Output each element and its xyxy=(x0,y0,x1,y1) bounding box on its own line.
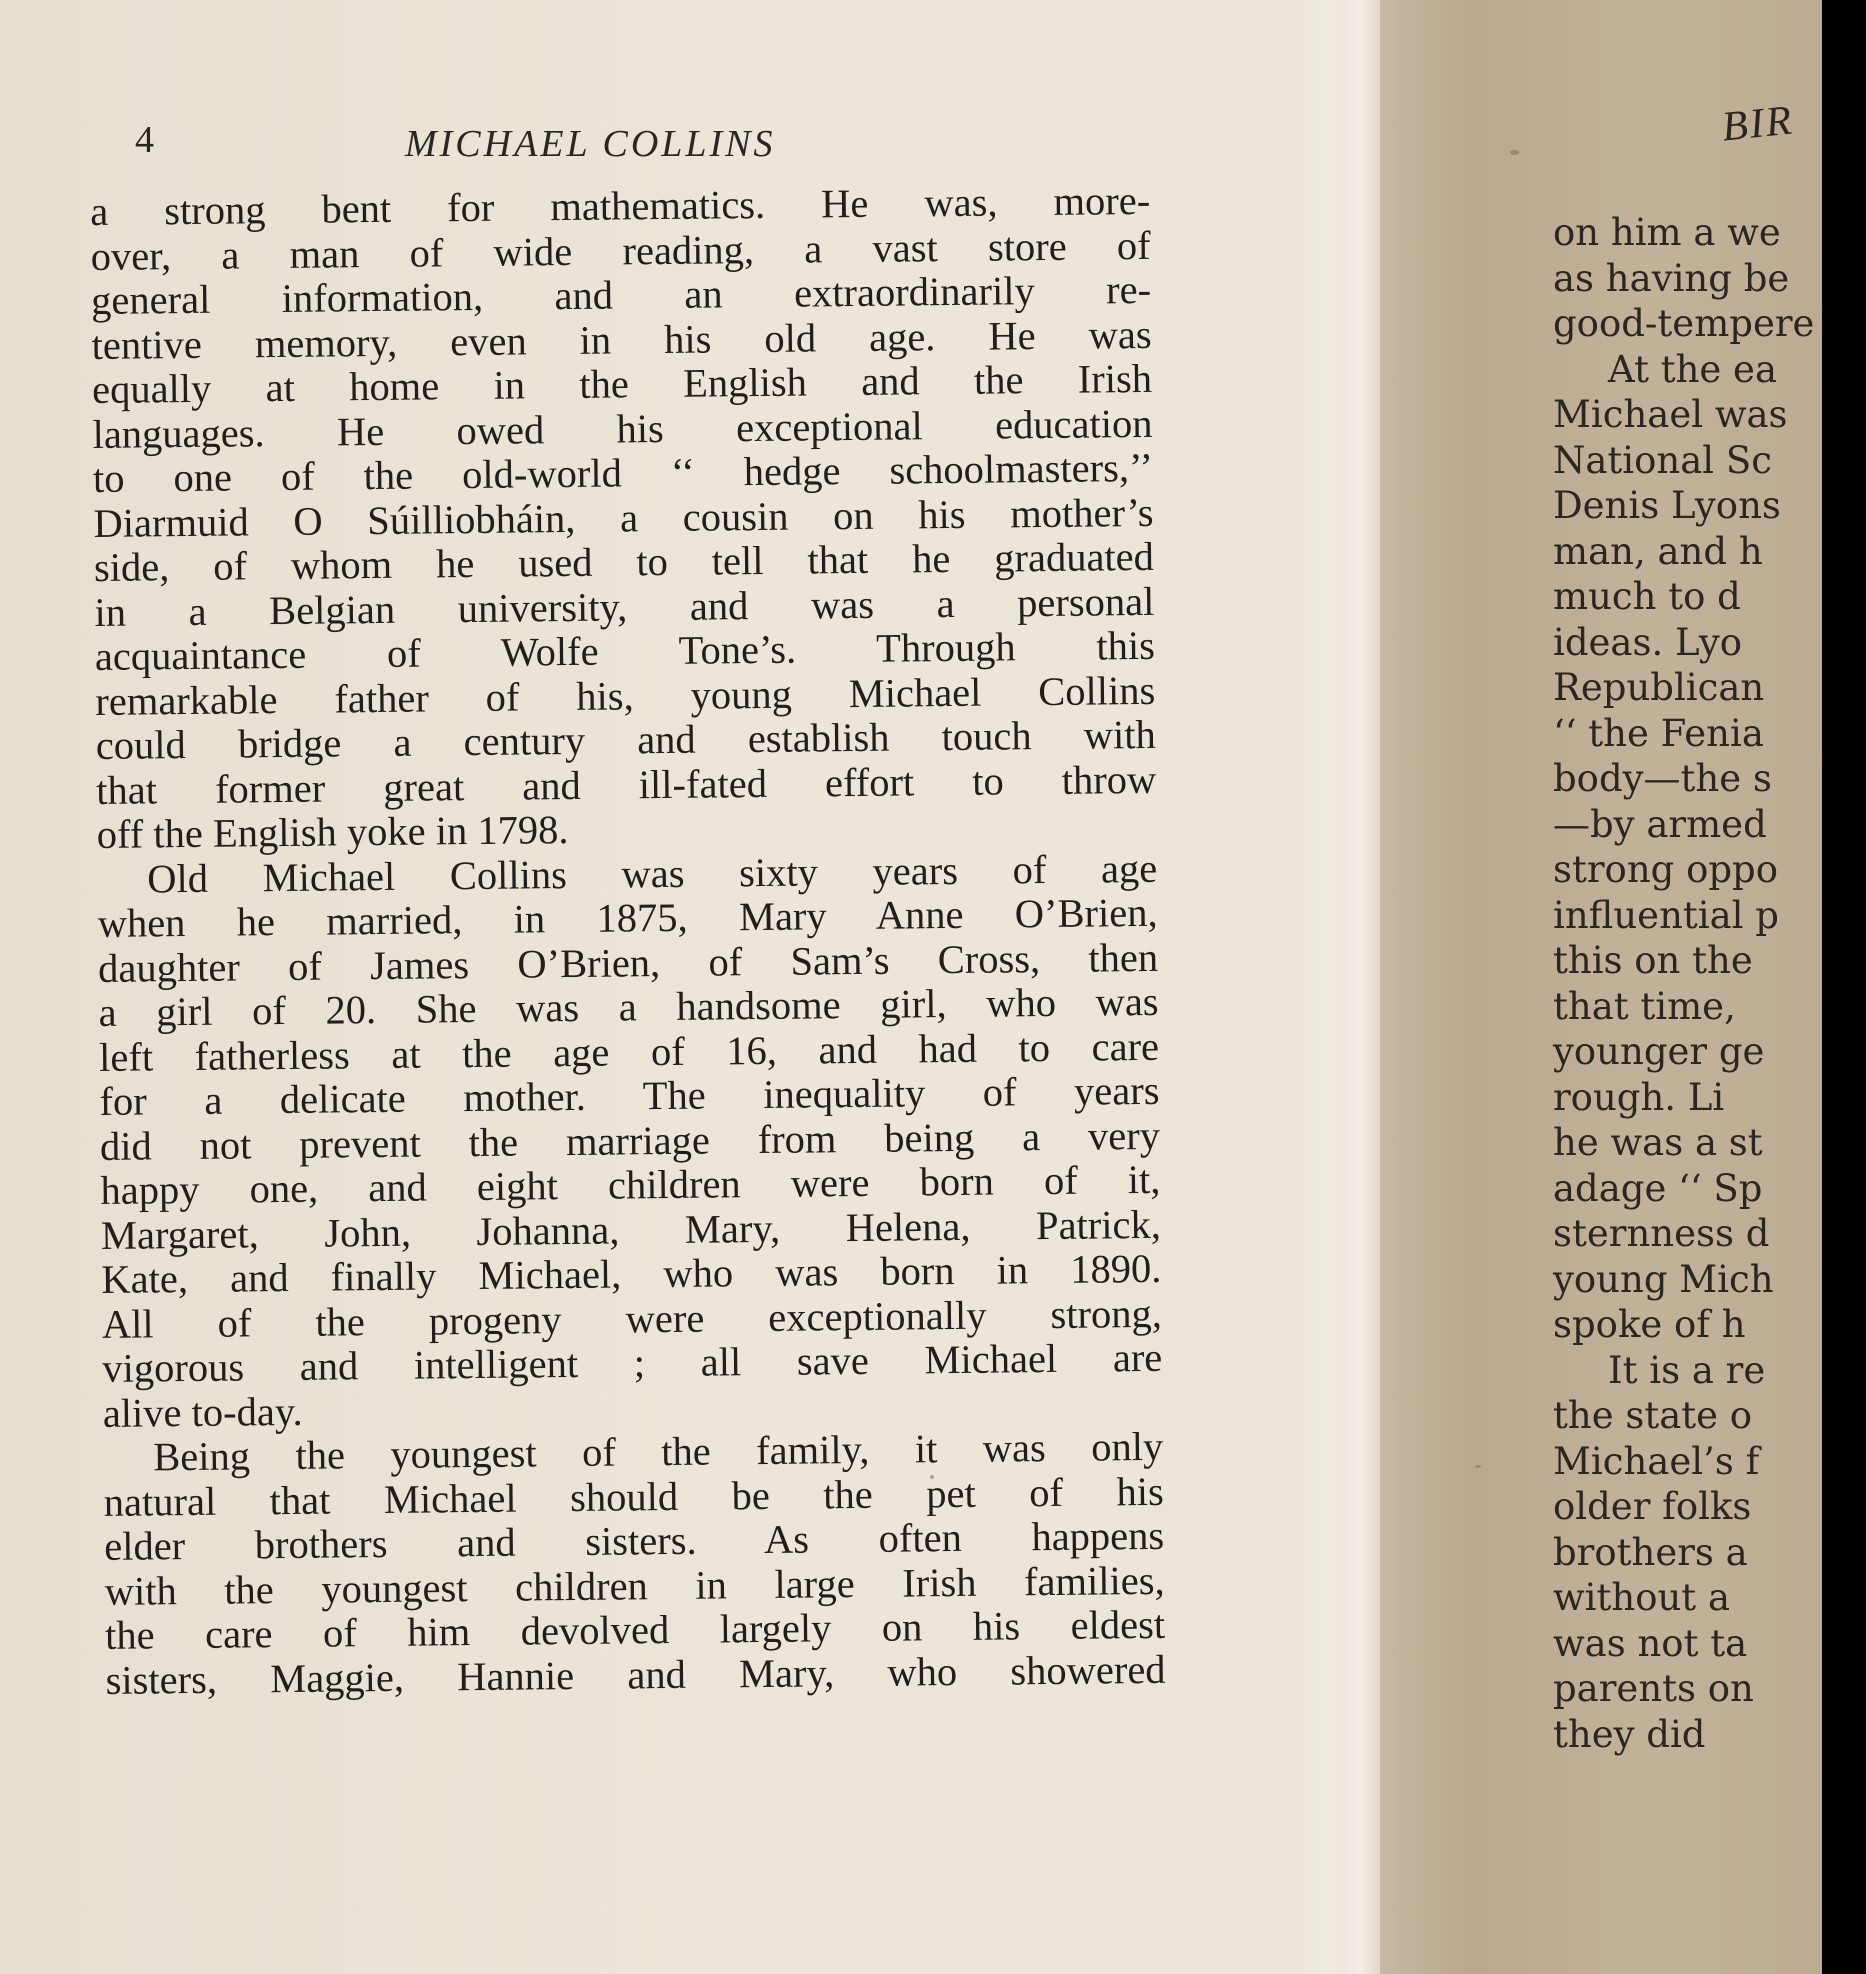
text-line: man, and h xyxy=(1553,529,1853,575)
text-line: National Sc xyxy=(1553,438,1853,484)
text-line: ‘‘ the Fenia xyxy=(1553,711,1853,757)
image-edge-black xyxy=(1822,0,1866,1974)
text-line: Republican xyxy=(1553,665,1853,711)
text-line: on him a we xyxy=(1553,210,1853,256)
text-line: younger ge xyxy=(1553,1029,1853,1075)
paper-speck xyxy=(1475,1465,1481,1468)
text-line: they did xyxy=(1553,1712,1853,1758)
page-edge xyxy=(1340,0,1380,1974)
left-page: 4 MICHAEL COLLINS a strong bent for math… xyxy=(0,0,1320,1974)
text-line: the state o xyxy=(1553,1393,1853,1439)
text-line: young Mich xyxy=(1553,1257,1853,1303)
text-line: good-tempere xyxy=(1553,301,1853,347)
text-line: that time, xyxy=(1553,984,1853,1030)
text-line: ideas. Lyo xyxy=(1553,620,1853,666)
text-line: Michael was xyxy=(1553,392,1853,438)
text-line: rough. Li xyxy=(1553,1075,1853,1121)
text-line: At the ea xyxy=(1553,347,1853,393)
text-line: without a xyxy=(1553,1575,1853,1621)
text-line: older folks xyxy=(1553,1484,1853,1530)
text-line: as having be xyxy=(1553,256,1853,302)
text-line: Denis Lyons xyxy=(1553,483,1853,529)
text-line: brothers a xyxy=(1553,1530,1853,1576)
text-line: he was a st xyxy=(1553,1120,1853,1166)
text-line: Michael’s f xyxy=(1553,1439,1853,1485)
paper-speck xyxy=(930,1475,934,1479)
paper-speck xyxy=(1510,150,1519,155)
text-line: sternness d xyxy=(1553,1211,1853,1257)
text-line: —by armed xyxy=(1553,802,1853,848)
text-line: parents on xyxy=(1553,1666,1853,1712)
right-page-body-text: on him a weas having begood-tempereAt th… xyxy=(1553,210,1853,1757)
text-line: spoke of h xyxy=(1553,1302,1853,1348)
text-line: sisters, Maggie, Hannie and Mary, who sh… xyxy=(105,1647,1165,1703)
text-line: strong oppo xyxy=(1553,847,1853,893)
book-title: MICHAEL COLLINS xyxy=(405,122,776,166)
left-page-body-text: a strong bent for mathematics. He was, m… xyxy=(90,179,1166,1703)
text-line: was not ta xyxy=(1553,1621,1853,1667)
text-line: influential p xyxy=(1553,893,1853,939)
text-line: much to d xyxy=(1553,574,1853,620)
right-running-head: BIR xyxy=(1720,96,1796,151)
text-line: body—the s xyxy=(1553,756,1853,802)
text-line: this on the xyxy=(1553,938,1853,984)
text-line: It is a re xyxy=(1553,1348,1853,1394)
text-line: adage ‘‘ Sp xyxy=(1553,1166,1853,1212)
page-number: 4 xyxy=(135,118,154,162)
